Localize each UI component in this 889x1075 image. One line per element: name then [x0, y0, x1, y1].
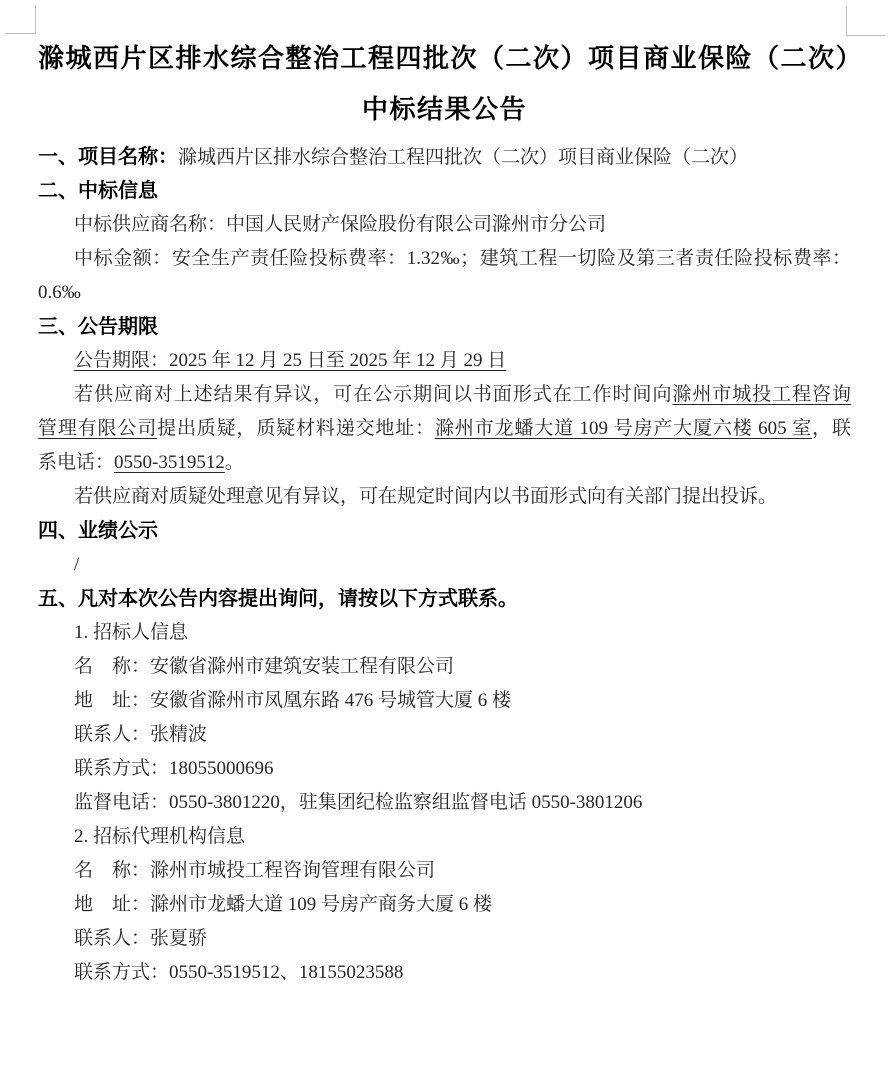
notice-period-text: 公告期限：2025 年 12 月 25 日至 2025 年 12 月 29 日 — [74, 350, 506, 371]
agency-name-underlined-part2: 管理有限公司 — [38, 418, 157, 439]
project-name-line: 一、项目名称：滁城西片区排水综合整治工程四批次（二次）项目商业保险（二次） — [38, 140, 851, 174]
section2-heading: 二、中标信息 — [38, 174, 851, 208]
winning-amount-line: 中标金额：安全生产责任险投标费率：1.32‰；建筑工程一切险及第三者责任险投标费… — [38, 242, 851, 276]
section3-heading: 三、公告期限 — [38, 310, 851, 344]
agency-name-underlined-part1: 滁州市城投工程咨询 — [672, 384, 851, 405]
document-title: 滁城西片区排水综合整治工程四批次（二次）项目商业保险（二次） 中标结果公告 — [38, 33, 851, 135]
agency-info-heading: 2. 招标代理机构信息 — [38, 820, 851, 854]
objection-line-3: 系电话：0550-3519512。 — [38, 446, 851, 480]
section4-heading: 四、业绩公示 — [38, 514, 851, 548]
section1-label: 一、项目名称： — [38, 146, 178, 168]
contact-phone-underlined: 0550-3519512 — [114, 452, 225, 473]
page-margin-mark-top-left — [5, 5, 36, 34]
winning-amount-continuation: 0.6‰ — [38, 276, 851, 310]
objection-line-1: 若供应商对上述结果有异议，可在公示期间以书面形式在工作时间向滁州市城投工程咨询 — [38, 378, 851, 412]
bidder-address-line: 地 址：安徽省滁州市凤凰东路 476 号城管大厦 6 楼 — [38, 684, 851, 718]
agency-phone-line: 联系方式：0550-3519512、18155023588 — [38, 956, 851, 990]
objection-text-5: 。 — [225, 452, 244, 473]
notice-period-line: 公告期限：2025 年 12 月 25 日至 2025 年 12 月 29 日 — [38, 344, 851, 378]
section5-heading: 五、凡对本次公告内容提出询问，请按以下方式联系。 — [38, 582, 851, 616]
document-page: 滁城西片区排水综合整治工程四批次（二次）项目商业保险（二次） 中标结果公告 一、… — [0, 0, 889, 1075]
submission-address-underlined: 滁州市龙蟠大道 109 号房产大厦六楼 605 室 — [435, 418, 812, 439]
winning-supplier-line: 中标供应商名称：中国人民财产保险股份有限公司滁州市分公司 — [38, 208, 851, 242]
objection-text-4: 系电话： — [38, 452, 114, 473]
agency-contact-line: 联系人：张夏骄 — [38, 922, 851, 956]
title-line-2: 中标结果公告 — [38, 84, 851, 135]
title-line-1: 滁城西片区排水综合整治工程四批次（二次）项目商业保险（二次） — [38, 33, 851, 84]
document-body: 一、项目名称：滁城西片区排水综合整治工程四批次（二次）项目商业保险（二次） 二、… — [38, 140, 851, 990]
bidder-phone-line: 联系方式：18055000696 — [38, 752, 851, 786]
complaint-line: 若供应商对质疑处理意见有异议，可在规定时间内以书面形式向有关部门提出投诉。 — [38, 480, 851, 514]
bidder-supervision-line: 监督电话：0550-3801220，驻集团纪检监察组监督电话 0550-3801… — [38, 786, 851, 820]
bidder-contact-line: 联系人：张精波 — [38, 718, 851, 752]
objection-text-1: 若供应商对上述结果有异议，可在公示期间以书面形式在工作时间向 — [74, 384, 672, 405]
objection-text-3: ，联 — [812, 418, 851, 439]
section4-content: / — [38, 548, 851, 582]
agency-address-line: 地 址：滁州市龙蟠大道 109 号房产商务大厦 6 楼 — [38, 888, 851, 922]
objection-text-2: 提出质疑，质疑材料递交地址： — [157, 418, 435, 439]
agency-name-line: 名 称：滁州市城投工程咨询管理有限公司 — [38, 854, 851, 888]
objection-line-2: 管理有限公司提出质疑，质疑材料递交地址：滁州市龙蟠大道 109 号房产大厦六楼 … — [38, 412, 851, 446]
bidder-name-line: 名 称：安徽省滁州市建筑安装工程有限公司 — [38, 650, 851, 684]
bidder-info-heading: 1. 招标人信息 — [38, 616, 851, 650]
project-name-value: 滁城西片区排水综合整治工程四批次（二次）项目商业保险（二次） — [178, 147, 748, 168]
page-margin-mark-top-right — [846, 6, 885, 36]
